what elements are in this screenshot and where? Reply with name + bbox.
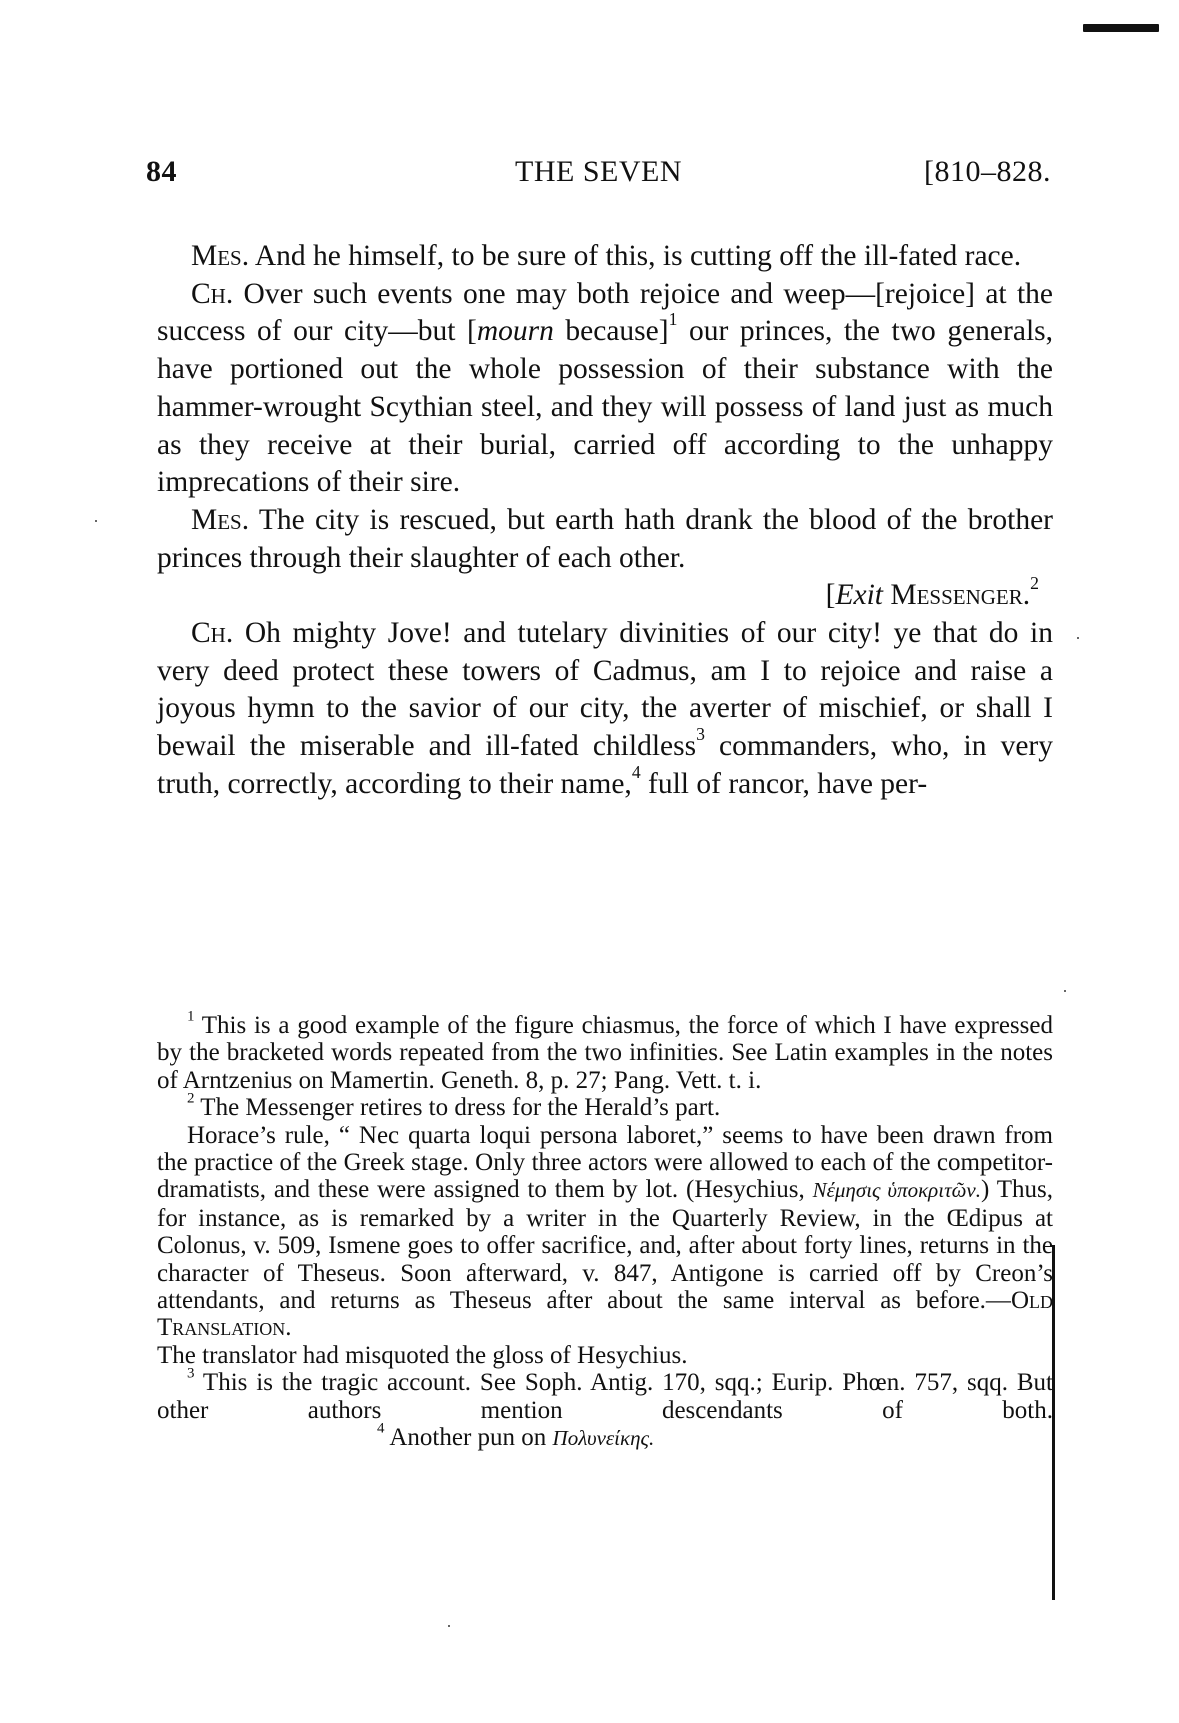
speaker-label: Ch.	[191, 617, 233, 649]
speech-text: The city is rescued, but earth hath dran…	[157, 504, 1053, 574]
footnote-text: The Messenger retires to dress for the H…	[195, 1094, 721, 1121]
speech-text-italic: mourn	[477, 315, 554, 347]
footnote-2: 2 The Messenger retires to dress for the…	[157, 1094, 1053, 1121]
speech-text: full of rancor, have per-	[641, 768, 928, 800]
main-text: Mes. And he himself, to be sure of this,…	[157, 238, 1053, 804]
stage-direction: [Exit Messenger.2	[157, 577, 1053, 615]
line-range: [810–828.	[924, 155, 1051, 189]
footnote-4: 4 Another pun on Πολυνείκης.	[347, 1424, 654, 1452]
stage-direction-verb: Exit	[835, 579, 883, 611]
scan-speck	[1064, 990, 1066, 992]
footnote-2-continuation: Horace’s rule, “ Nec quarta loqui person…	[157, 1122, 1053, 1370]
speech-messenger-2: Mes. The city is rescued, but earth hath…	[157, 502, 1053, 577]
greek-gloss: Νέμησις ὑποκριτῶν.	[813, 1178, 981, 1202]
scan-artifact-bar	[1083, 24, 1159, 32]
footnote-1: 1 This is a good example of the figure c…	[157, 1012, 1053, 1094]
speech-chorus-1: Ch. Over such events one may both rejoic…	[157, 276, 1053, 502]
footnote-text: This is a good example of the figure chi…	[157, 1012, 1053, 1094]
scan-speck	[95, 520, 97, 522]
greek-name: Πολυνείκης.	[553, 1426, 655, 1450]
footnote-ref-2[interactable]: 2	[1030, 573, 1039, 593]
footnote-ref-3[interactable]: 3	[696, 724, 705, 744]
scan-speck	[448, 1625, 450, 1627]
footnote-ref-4[interactable]: 4	[632, 762, 641, 782]
speech-text: And he himself, to be sure of this, is c…	[249, 240, 1021, 272]
footnote-3: 3 This is the tragic account. See Soph. …	[157, 1369, 1053, 1452]
page-header: 84 THE SEVEN [810–828.	[146, 155, 1051, 195]
speech-text: because]	[554, 315, 669, 347]
footnotes: 1 This is a good example of the figure c…	[157, 1012, 1053, 1453]
scan-margin-rule	[1052, 1245, 1055, 1600]
speaker-label: Mes.	[191, 240, 249, 272]
bracket: [	[826, 579, 836, 611]
speech-chorus-2: Ch. Oh mighty Jove! and tutelary divinit…	[157, 615, 1053, 804]
speaker-label: Ch.	[191, 278, 233, 310]
footnote-text: Another pun on	[385, 1424, 553, 1451]
stage-direction-character: Messenger.	[883, 579, 1030, 611]
footnote-marker: 2	[187, 1090, 195, 1106]
scan-speck	[1077, 637, 1079, 639]
footnote-marker: 4	[377, 1420, 385, 1436]
footnote-text: This is the tragic account. See Soph. An…	[157, 1369, 1053, 1423]
speech-messenger-1: Mes. And he himself, to be sure of this,…	[157, 238, 1053, 276]
speaker-label: Mes.	[191, 504, 249, 536]
footnote-marker: 3	[187, 1366, 195, 1382]
running-title: THE SEVEN	[146, 155, 1051, 189]
translator-note: The translator had misquoted the gloss o…	[157, 1342, 687, 1369]
footnote-marker: 1	[187, 1008, 195, 1024]
